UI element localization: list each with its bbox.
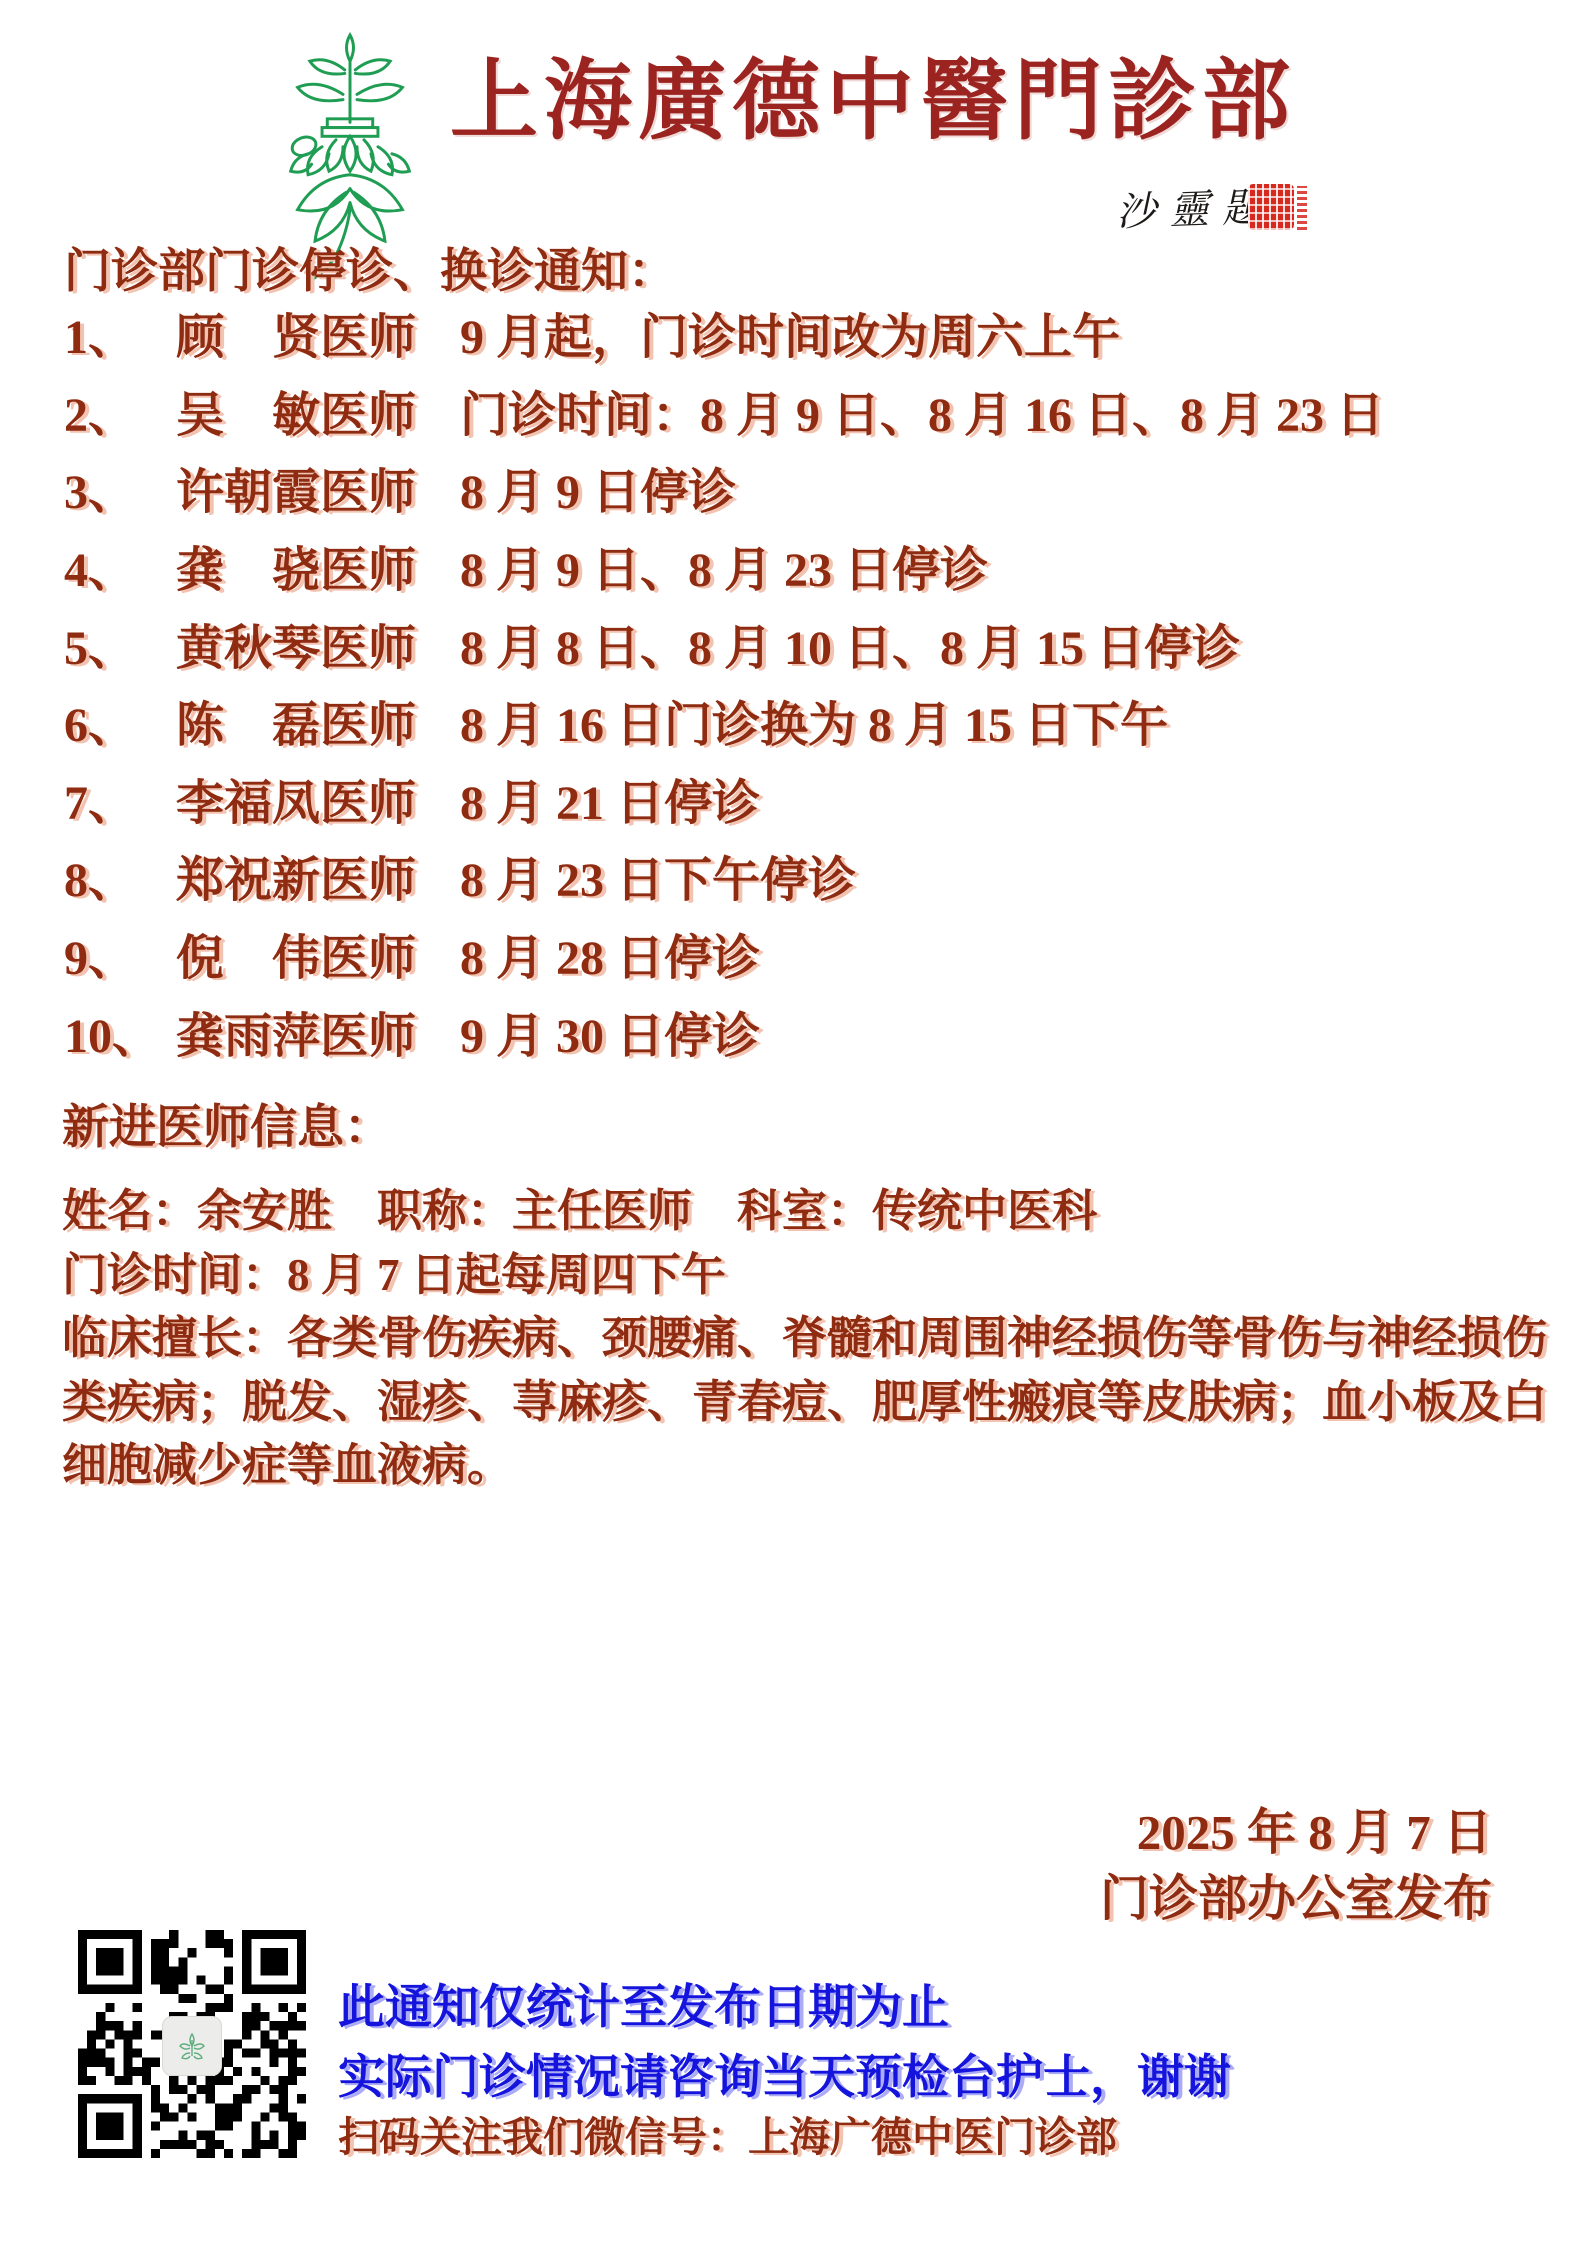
doctor-name: 龚雨萍医师 [176,997,460,1066]
doctor-name: 倪 伟医师 [176,919,460,988]
doctor-name: 顾 贤医师 [176,298,460,367]
doctor-name: 龚 骁医师 [176,531,460,600]
item-detail: 9 月起，门诊时间改为周六上午 [460,298,1534,367]
item-detail: 8 月 8 日、8 月 10 日、8 月 15 日停诊 [460,609,1534,678]
new-doctor-specialty-line: 类疾病；脱发、湿疹、荨麻疹、青春痘、肥厚性瘢痕等皮肤病；血小板及白 [62,1371,1542,1435]
item-number: 5、 [64,609,176,678]
release-block: 2025 年 8 月 7 日 门诊部办公室发布 [1100,1800,1492,1932]
list-item: 6、 陈 磊医师 8 月 16 日门诊换为 8 月 15 日下午 [64,682,1534,760]
new-doctor-specialty-line: 细胞减少症等血液病。 [62,1434,1542,1498]
clinic-title: 上海廣德中醫門診部 [450,52,1296,153]
qr-center-logo-icon [162,2016,222,2076]
item-detail: 9 月 30 日停诊 [460,997,1534,1066]
doctor-name: 李福凤医师 [176,764,460,833]
footer-note-line2: 实际门诊情况请咨询当天预检台护士，谢谢 [338,2040,1231,2107]
list-item: 4、 龚 骁医师 8 月 9 日、8 月 23 日停诊 [64,527,1534,605]
item-number: 3、 [64,453,176,522]
doctor-name: 黄秋琴医师 [176,609,460,678]
schedule-change-list: 1、 顾 贤医师 9 月起，门诊时间改为周六上午 2、 吴 敏医师 门诊时间：8… [64,294,1534,1070]
list-item: 10、 龚雨萍医师 9 月 30 日停诊 [64,992,1534,1070]
item-detail: 8 月 28 日停诊 [460,919,1534,988]
item-number: 4、 [64,531,176,600]
new-doctor-heading: 新进医师信息： [62,1090,391,1157]
item-number: 8、 [64,841,176,910]
footer-wechat-line: 扫码关注我们微信号：上海广德中医门诊部 [338,2104,1117,2163]
item-detail: 8 月 23 日下午停诊 [460,841,1534,910]
doctor-name: 郑祝新医师 [176,841,460,910]
wechat-qr-code [77,1930,307,2158]
doctor-name: 许朝霞医师 [176,453,460,522]
item-detail: 8 月 9 日停诊 [460,453,1534,522]
item-detail: 8 月 9 日、8 月 23 日停诊 [460,531,1534,600]
item-detail: 门诊时间：8 月 9 日、8 月 16 日、8 月 23 日 [460,376,1534,445]
item-number: 6、 [64,686,176,755]
item-detail: 8 月 16 日门诊换为 8 月 15 日下午 [460,686,1534,755]
item-number: 10、 [64,997,176,1066]
list-item: 3、 许朝霞医师 8 月 9 日停诊 [64,449,1534,527]
notice-page: 上海廣德中醫門診部 沙靈題 门诊部门诊停诊、换诊通知： 1、 顾 贤医师 9 月… [0,0,1588,2245]
new-doctor-name-line: 姓名：余安胜 职称：主任医师 科室：传统中医科 [62,1180,1542,1244]
release-date: 2025 年 8 月 7 日 [1100,1800,1492,1866]
notice-heading: 门诊部门诊停诊、换诊通知： [64,234,675,301]
list-item: 8、 郑祝新医师 8 月 23 日下午停诊 [64,837,1534,915]
item-detail: 8 月 21 日停诊 [460,764,1534,833]
list-item: 2、 吴 敏医师 门诊时间：8 月 9 日、8 月 16 日、8 月 23 日 [64,372,1534,450]
new-doctor-specialty-line: 临床擅长：各类骨伤疾病、颈腰痛、脊髓和周围神经损伤等骨伤与神经损伤 [62,1307,1542,1371]
new-doctor-info: 姓名：余安胜 职称：主任医师 科室：传统中医科 门诊时间：8 月 7 日起每周四… [62,1180,1542,1498]
item-number: 1、 [64,298,176,367]
red-seal-stamp-icon [1248,184,1294,230]
footer-note-line1: 此通知仅统计至发布日期为止 [338,1970,949,2037]
release-issuer: 门诊部办公室发布 [1100,1866,1492,1932]
list-item: 5、 黄秋琴医师 8 月 8 日、8 月 10 日、8 月 15 日停诊 [64,604,1534,682]
list-item: 7、 李福凤医师 8 月 21 日停诊 [64,760,1534,838]
item-number: 9、 [64,919,176,988]
doctor-name: 陈 磊医师 [176,686,460,755]
doctor-name: 吴 敏医师 [176,376,460,445]
red-seal-side-mark-icon [1297,186,1307,230]
item-number: 2、 [64,376,176,445]
list-item: 9、 倪 伟医师 8 月 28 日停诊 [64,915,1534,993]
item-number: 7、 [64,764,176,833]
new-doctor-time-line: 门诊时间：8 月 7 日起每周四下午 [62,1244,1542,1308]
list-item: 1、 顾 贤医师 9 月起，门诊时间改为周六上午 [64,294,1534,372]
